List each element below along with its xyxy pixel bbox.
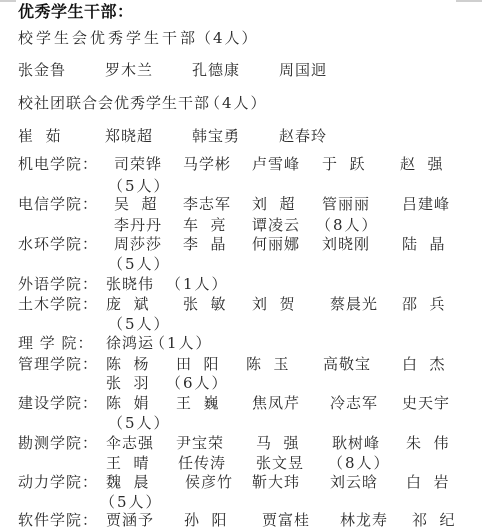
member: 徐鸿运 — [106, 333, 154, 353]
member: 马 强 — [256, 433, 300, 453]
name: 罗木兰 — [105, 60, 153, 80]
member: 李 晶 — [183, 234, 227, 254]
member: 田 阳 — [176, 354, 220, 374]
member: 李丹丹 — [114, 215, 162, 235]
section-count: （4人） — [205, 93, 268, 113]
college-count-row: （5人） — [0, 254, 500, 274]
member: 马学彬 — [183, 154, 231, 174]
college-row: 理 学 院： 徐鸿运 （1人） — [0, 333, 500, 353]
name: 韩宝勇 — [192, 126, 240, 146]
member: 任传涛 — [178, 453, 226, 473]
member: 白 岩 — [406, 472, 450, 492]
member: 贾涵予 — [106, 510, 154, 528]
name: 崔 茹 — [18, 126, 62, 146]
member: 高敬宝 — [323, 354, 371, 374]
college-name: 电信学院： — [18, 194, 98, 214]
member: 周莎莎 — [114, 234, 162, 254]
college-cont-row: 李丹丹 车 亮 谭凌云 （8人） — [0, 215, 500, 235]
member: 贾富桂 — [262, 510, 310, 528]
member: 刘 超 — [252, 194, 296, 214]
college-name: 软件学院： — [18, 510, 98, 528]
member: 于 跃 — [322, 154, 366, 174]
college-count: （5人） — [108, 176, 171, 196]
college-count: （5人） — [108, 314, 171, 334]
college-count: （5人） — [100, 492, 163, 512]
member: 侯彦竹 — [185, 472, 233, 492]
name: 周国迥 — [279, 60, 327, 80]
member: 刘晓刚 — [322, 234, 370, 254]
name: 孔德康 — [192, 60, 240, 80]
member: 李志军 — [183, 194, 231, 214]
college-row: 水环学院： 周莎莎 李 晶 何丽娜 刘晓刚 陆 晶 — [0, 234, 500, 254]
college-row: 建设学院： 陈 娟 王 巍 焦凤芹 冷志军 史天宇 — [0, 393, 500, 413]
college-name: 管理学院： — [18, 354, 98, 374]
heading-row: 优秀学生干部： — [0, 2, 500, 22]
name: 郑晓超 — [105, 126, 153, 146]
member: 耿树峰 — [332, 433, 380, 453]
member: 张 敏 — [183, 294, 227, 314]
member: 冷志军 — [330, 393, 378, 413]
college-row: 软件学院： 贾涵予 孙 阳 贾富桂 林龙寿 祁 纪 — [0, 510, 500, 528]
college-count: （8人） — [316, 215, 379, 235]
member: 吕建峰 — [402, 194, 450, 214]
college-row: 电信学院： 吴 超 李志军 刘 超 管丽丽 吕建峰 — [0, 194, 500, 214]
college-cont-row: 王 晴 任传涛 张文昱 （8人） — [0, 453, 500, 473]
college-count-row: （5人） — [0, 176, 500, 196]
school-union-names: 张金鲁 罗木兰 孔德康 周国迥 — [0, 60, 500, 80]
college-count: （5人） — [108, 254, 171, 274]
member: 祁 纪 — [412, 510, 456, 528]
member: 刘云晗 — [330, 472, 378, 492]
member: 吴 超 — [114, 194, 158, 214]
college-count-row: （5人） — [0, 492, 500, 512]
college-name: 建设学院： — [18, 393, 98, 413]
college-name: 外语学院： — [18, 274, 98, 294]
member: 朱 伟 — [406, 433, 450, 453]
member: 陈 杨 — [106, 354, 150, 374]
member: 焦凤芹 — [252, 393, 300, 413]
member: 靳大玮 — [252, 472, 300, 492]
college-name: 水环学院： — [18, 234, 98, 254]
member: 陆 晶 — [402, 234, 446, 254]
member: 王 晴 — [106, 453, 150, 473]
member: 蔡晨光 — [330, 294, 378, 314]
college-cont-row: 张 羽 （6人） — [0, 373, 500, 393]
member: 陈 娟 — [106, 393, 150, 413]
college-name: 理 学 院： — [18, 333, 94, 353]
college-count: （5人） — [108, 413, 171, 433]
section-label: 校社团联合会优秀学生干部 — [18, 93, 210, 113]
college-name: 土木学院： — [18, 294, 98, 314]
club-union-names: 崔 茹 郑晓超 韩宝勇 赵春玲 — [0, 126, 500, 146]
name: 张金鲁 — [18, 60, 66, 80]
college-count: （1人） — [166, 274, 229, 294]
member: 魏 晨 — [106, 472, 150, 492]
member: 史天宇 — [402, 393, 450, 413]
college-count-row: （5人） — [0, 314, 500, 334]
member: 赵 强 — [400, 154, 444, 174]
member: 谭凌云 — [252, 215, 300, 235]
member: 王 巍 — [176, 393, 220, 413]
college-name: 机电学院： — [18, 154, 98, 174]
college-row: 土木学院： 庞 斌 张 敏 刘 贺 蔡晨光 邵 兵 — [0, 294, 500, 314]
member: 庞 斌 — [106, 294, 150, 314]
member: 张晓伟 — [106, 274, 154, 294]
member: 刘 贺 — [252, 294, 296, 314]
college-name: 动力学院： — [18, 472, 98, 492]
member: 张文昱 — [256, 453, 304, 473]
college-count: （1人） — [150, 333, 213, 353]
college-row: 外语学院： 张晓伟 （1人） — [0, 274, 500, 294]
member: 张 羽 — [106, 373, 150, 393]
college-count-row: （5人） — [0, 413, 500, 433]
name: 赵春玲 — [279, 126, 327, 146]
member: 伞志强 — [106, 433, 154, 453]
section-count: （4人） — [196, 28, 259, 48]
heading: 优秀学生干部： — [18, 2, 134, 22]
college-count: （6人） — [166, 373, 229, 393]
member: 林龙寿 — [340, 510, 388, 528]
college-row: 管理学院： 陈 杨 田 阳 陈 玉 高敬宝 白 杰 — [0, 354, 500, 374]
member: 何丽娜 — [252, 234, 300, 254]
member: 管丽丽 — [322, 194, 370, 214]
member: 卢雪峰 — [252, 154, 300, 174]
member: 司荣铧 — [114, 154, 162, 174]
section-label: 校学生会优秀学生干部 — [18, 28, 198, 48]
member: 孙 阳 — [184, 510, 228, 528]
college-row: 勘测学院： 伞志强 尹宝荣 马 强 耿树峰 朱 伟 — [0, 433, 500, 453]
member: 陈 玉 — [246, 354, 290, 374]
member: 邵 兵 — [402, 294, 446, 314]
member: 尹宝荣 — [176, 433, 224, 453]
college-row: 动力学院： 魏 晨 侯彦竹 靳大玮 刘云晗 白 岩 — [0, 472, 500, 492]
club-union-row: 校社团联合会优秀学生干部 （4人） — [0, 93, 500, 113]
college-name: 勘测学院： — [18, 433, 98, 453]
member: 车 亮 — [183, 215, 227, 235]
college-count: （8人） — [328, 453, 391, 473]
school-union-row: 校学生会优秀学生干部 （4人） — [0, 28, 500, 48]
member: 白 杰 — [402, 354, 446, 374]
college-row: 机电学院： 司荣铧 马学彬 卢雪峰 于 跃 赵 强 — [0, 154, 500, 174]
